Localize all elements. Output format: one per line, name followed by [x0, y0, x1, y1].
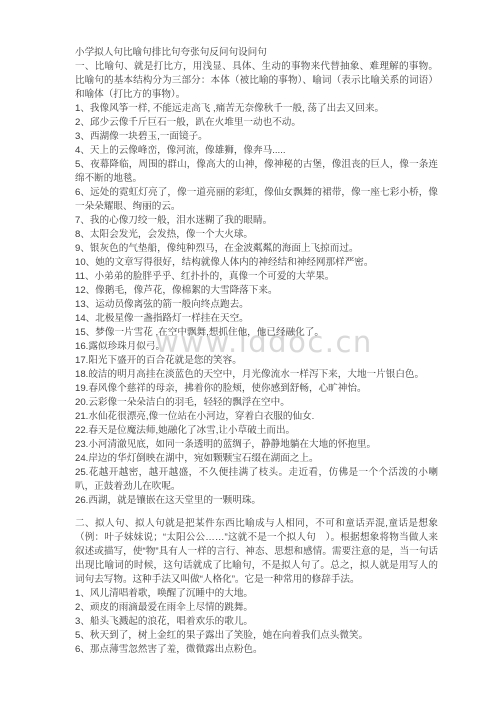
simile-example-line: 6、远处的霓虹灯亮了，像一道亮丽的彩虹，像仙女飘舞的裙带，像一座七彩小桥，像一朵…	[75, 186, 438, 214]
simile-example-line: 18.皎洁的明月高挂在淡蓝色的天空中，月光像流水一样泻下来，大地一片银白色。	[75, 368, 438, 382]
simile-example-line: 12、像鹅毛，像芦花，像棉絮的大雪降落下来。	[75, 284, 438, 298]
simile-example-line: 20.云彩像一朵朵洁白的羽毛，轻轻的飘浮在空中。	[75, 396, 438, 410]
simile-example-line: 13、运动员像离弦的箭一般向终点跑去。	[75, 298, 438, 312]
simile-example-line: 21.水仙花很漂亮,像一位站在小河边，穿着白衣服的仙女.	[75, 410, 438, 424]
section1-simile-list: 1、我像风筝一样, 不能远走高飞 ,痛苦无奈像秋千一般, 荡了出去又回来。2、邱…	[75, 102, 438, 508]
simile-example-line: 26.西湖，就是镶嵌在这天堂里的一颗明珠。	[75, 494, 438, 508]
section2-intro: 二、拟人句、拟人句就是把某件东西比喻成与人相同，不可和童话弄混,童话是想象（例：…	[75, 517, 438, 587]
simile-example-line: 10、她的文章写得很好，结构就像人体内的神经结和神经网那样严密。	[75, 256, 438, 270]
personification-example-line: 5、秋天到了，树上金红的果子露出了笑脸，她在向着我们点头微笑。	[75, 629, 438, 643]
simile-example-line: 23.小河清澈见底，如同一条透明的蓝绸子，静静地躺在大地的怀抱里。	[75, 438, 438, 452]
simile-example-line: 7、我的心像刀绞一般，泪水迷糊了我的眼睛。	[75, 214, 438, 228]
simile-example-line: 8、太阳会发光，会发热，像一个大火球。	[75, 228, 438, 242]
simile-example-line: 11、小弟弟的脸胖乎乎、红扑扑的，真像一个可爱的大苹果。	[75, 270, 438, 284]
document-content: 小学拟人句比喻句排比句夸张句反问句设问句 一、比喻句、就是打比方，用浅显、具体、…	[75, 46, 438, 657]
simile-example-line: 9、银灰色的气垫船，像纯种烈马，在金波粼粼的海面上飞掠而过。	[75, 242, 438, 256]
simile-example-line: 1、我像风筝一样, 不能远走高飞 ,痛苦无奈像秋千一般, 荡了出去又回来。	[75, 102, 438, 116]
section1-intro: 一、比喻句、就是打比方，用浅显、具体、生动的事物来代替抽象、难理解的事物。比喻句…	[75, 60, 438, 102]
simile-example-line: 16.露似珍珠月似弓。	[75, 340, 438, 354]
simile-example-line: 25.花越开越密，越开越盛，不久便挂满了枝头。走近看，仿佛是一个个活泼的小喇叭，…	[75, 466, 438, 494]
personification-example-line: 6、那点薄雪忽然害了羞，微微露出点粉色。	[75, 643, 438, 657]
doc-title: 小学拟人句比喻句排比句夸张句反问句设问句	[75, 46, 438, 60]
simile-example-line: 24.岸边的华灯倒映在湖中，宛如颗颗宝石缀在湖面之上。	[75, 452, 438, 466]
simile-example-line: 5、夜幕降临，周围的群山，像高大的山神，像神秘的古堡，像沮丧的巨人，像一条连绵不…	[75, 158, 438, 186]
personification-example-line: 1、风儿清唱着歌，唤醒了沉睡中的大地。	[75, 587, 438, 601]
personification-example-line: 3、船头飞溅起的浪花，唱着欢乐的歌儿。	[75, 615, 438, 629]
simile-example-line: 4、天上的云像峰峦，像河流，像雄狮，像奔马.....	[75, 144, 438, 158]
simile-example-line: 3、西湖像一块碧玉,一面镜子。	[75, 130, 438, 144]
simile-example-line: 17.阳光下盛开的百合花就是您的笑容。	[75, 354, 438, 368]
simile-example-line: 19.春风像个慈祥的母亲，拂着你的脸颊，使你感到舒畅，心旷神怡。	[75, 382, 438, 396]
simile-example-line: 15、梦像一片雪花 ,在空中飘舞,想抓住他，他已经融化了。	[75, 326, 438, 340]
section2-personification-list: 1、风儿清唱着歌，唤醒了沉睡中的大地。2、顽皮的雨滴最爱在雨伞上尽情的跳舞。3、…	[75, 587, 438, 657]
document-page: www.lddoc.cn 小学拟人句比喻句排比句夸张句反问句设问句 一、比喻句、…	[0, 0, 500, 708]
simile-example-line: 14、北极星像一盏指路灯一样挂在天空。	[75, 312, 438, 326]
simile-example-line: 22.春天是位魔法师,她融化了冰雪,让小草破土而出。	[75, 424, 438, 438]
simile-example-line: 2、邱少云像千斤巨石一般，趴在火堆里一动也不动。	[75, 116, 438, 130]
personification-example-line: 2、顽皮的雨滴最爱在雨伞上尽情的跳舞。	[75, 601, 438, 615]
